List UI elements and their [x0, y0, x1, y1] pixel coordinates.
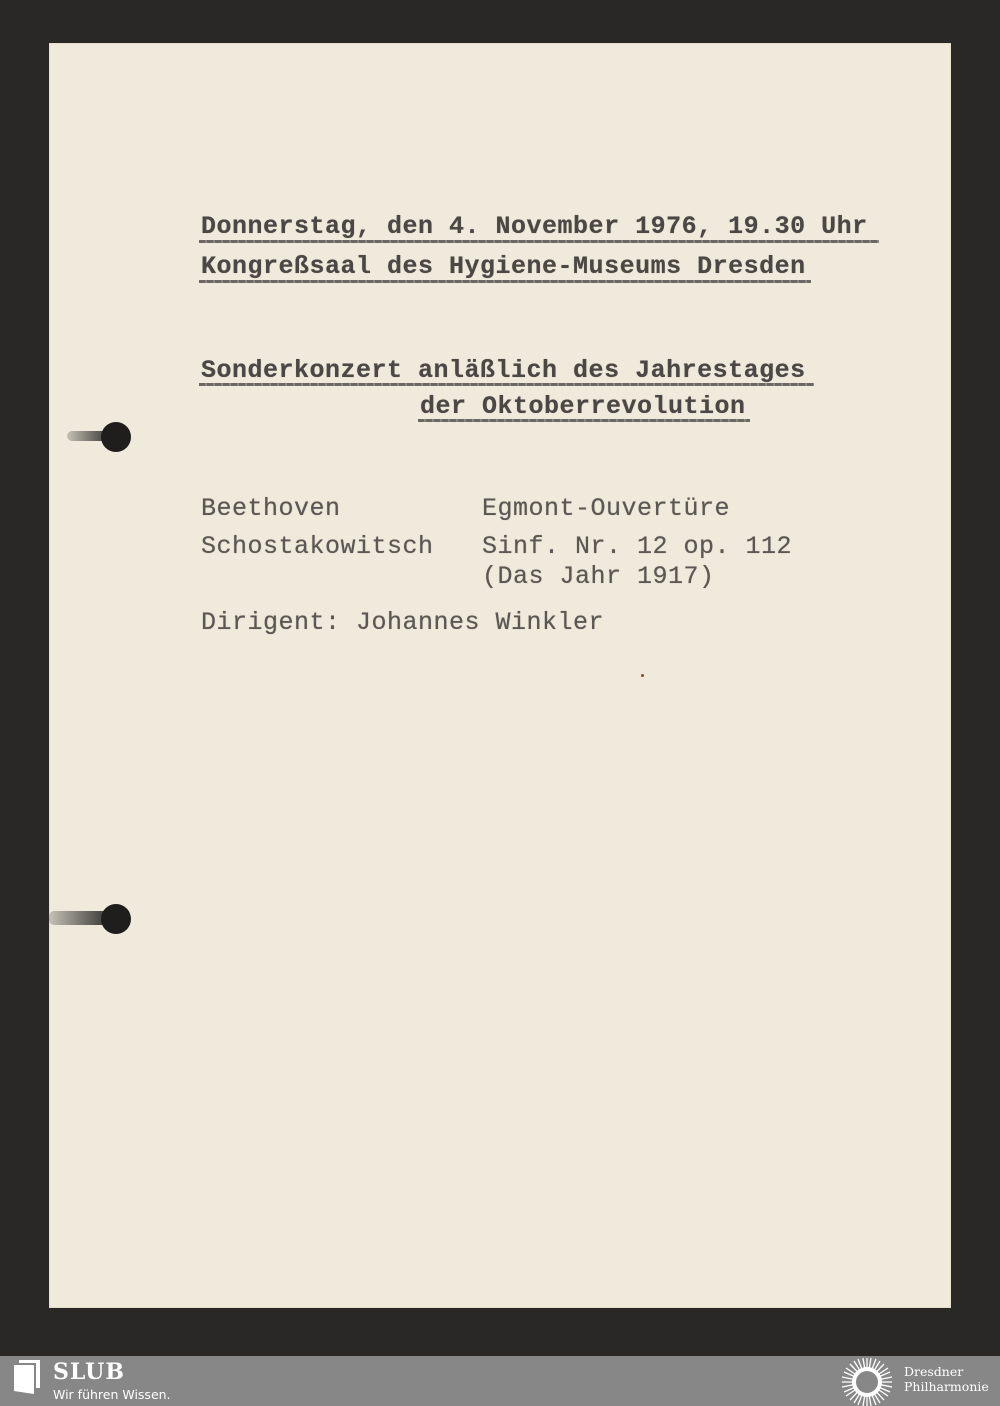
- program-work-1: Egmont-Ouvertüre: [482, 494, 730, 523]
- program-composer-2: Schostakowitsch: [201, 532, 434, 561]
- punch-hole-lower: [101, 904, 131, 934]
- slub-title: SLUB: [53, 1359, 125, 1385]
- footer-band: SLUB Wir führen Wissen.: [0, 1356, 1000, 1406]
- venue-line: Kongreßsaal des Hygiene-Museums Dresden: [201, 252, 806, 281]
- ink-speck: [641, 674, 644, 677]
- program-work-2: Sinf. Nr. 12 op. 112: [482, 532, 792, 561]
- program-work-2-detail: (Das Jahr 1917): [482, 562, 715, 591]
- dp-name-line2: Philharmonie: [904, 1379, 989, 1394]
- document-page: Donnerstag, den 4. November 1976, 19.30 …: [49, 43, 951, 1308]
- date-line-underline: [199, 240, 879, 243]
- venue-line-underline: [199, 280, 811, 283]
- concert-title-line2: der Oktoberrevolution: [420, 392, 746, 421]
- punch-hole-upper: [101, 422, 131, 452]
- sunburst-ring-icon: [840, 1357, 894, 1406]
- dresdner-philharmonie-name: Dresdner Philharmonie: [904, 1364, 989, 1394]
- conductor-line: Dirigent: Johannes Winkler: [201, 608, 604, 637]
- concert-title-line1: Sonderkonzert anläßlich des Jahrestages: [201, 356, 806, 385]
- date-line: Donnerstag, den 4. November 1976, 19.30 …: [201, 212, 868, 241]
- concert-title-line2-underline: [418, 419, 750, 422]
- program-composer-1: Beethoven: [201, 494, 341, 523]
- dp-name-line1: Dresdner: [904, 1364, 989, 1379]
- concert-title-line1-underline: [199, 383, 814, 386]
- slub-tagline: Wir führen Wissen.: [53, 1387, 171, 1402]
- book-pages-icon: [14, 1360, 40, 1394]
